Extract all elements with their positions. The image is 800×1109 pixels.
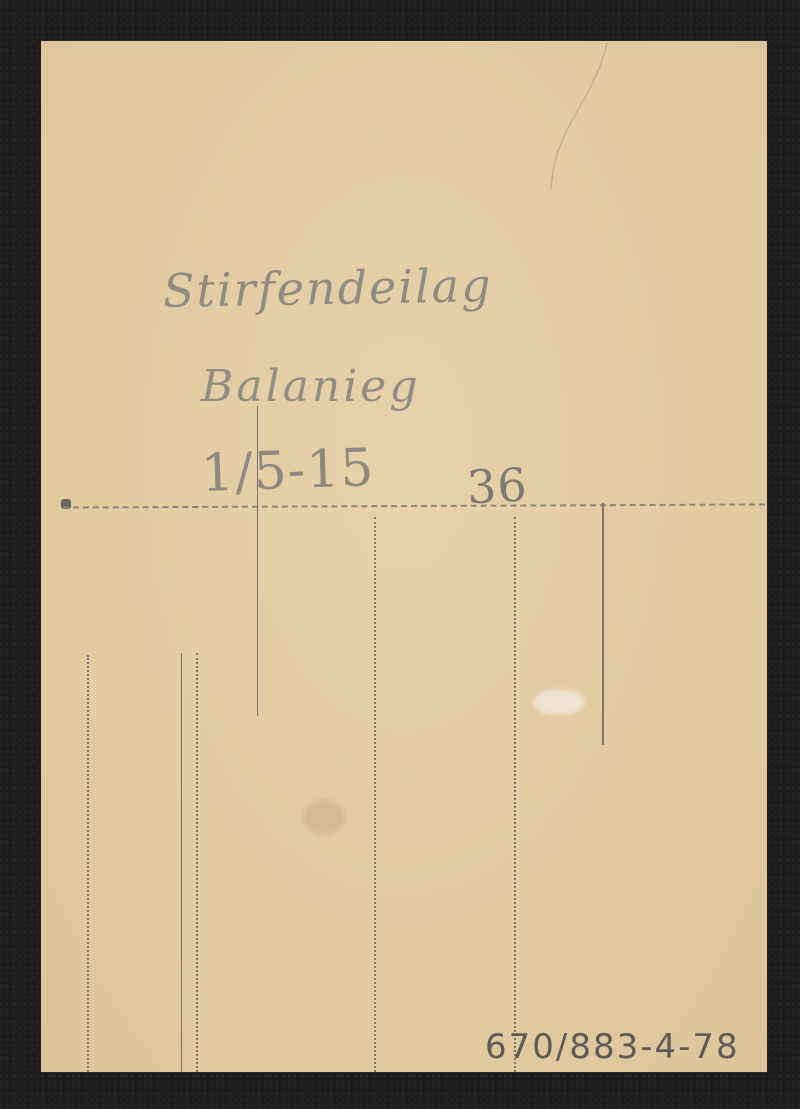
handwritten-date: 1/5-15	[200, 438, 375, 504]
pencil-vertical-line-1	[257, 406, 258, 716]
index-card: Stirfendeilag Balanieg 1/5-15 36 670/883…	[41, 41, 767, 1072]
archive-reference-number: 670/883-4-78	[485, 1027, 740, 1067]
column-line-2	[181, 653, 182, 1072]
handwritten-place: Balanieg	[201, 361, 421, 412]
paper-stain-brown	[303, 799, 345, 835]
column-line-4	[374, 517, 376, 1072]
paper-crease	[541, 41, 611, 191]
pencil-vertical-line-2	[602, 503, 604, 745]
column-line-3	[196, 653, 198, 1072]
column-line-5	[514, 517, 516, 1072]
column-line-1	[87, 655, 89, 1072]
handwritten-title: Stirfendeilag	[163, 258, 493, 318]
paper-stain-light	[533, 689, 585, 715]
horizontal-ruled-line	[63, 503, 765, 508]
